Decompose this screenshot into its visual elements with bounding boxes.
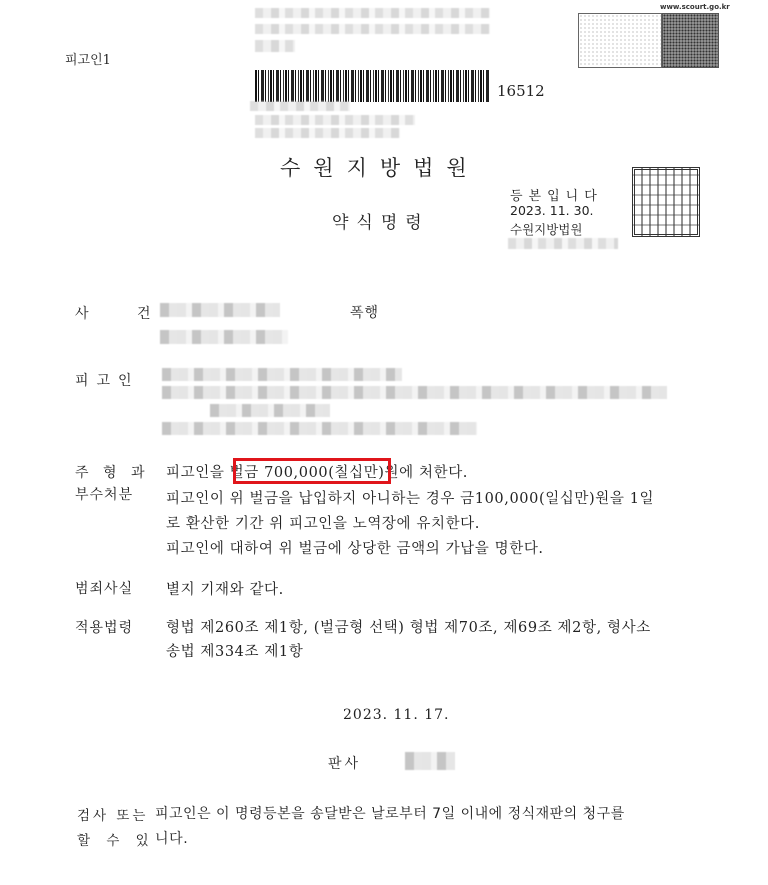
laws-line-2: 송법 제334조 제1항 xyxy=(166,640,303,661)
notice-line-1: 피고인은 이 명령등본을 송달받은 날로부터 7일 이내에 정식재판의 청구를 xyxy=(155,803,625,823)
certified-copy-label: 등본입니다 xyxy=(510,185,603,204)
sentence-label-line2: 부수처분 xyxy=(75,484,133,504)
redacted-recipient xyxy=(255,115,415,125)
redacted-address-line xyxy=(255,40,295,52)
barcode xyxy=(255,70,490,102)
court-seal xyxy=(632,167,700,237)
redacted-case-number xyxy=(160,330,288,344)
laws-line-1: 형법 제260조 제1항, (벌금형 선택) 형법 제70조, 제69조 제2항… xyxy=(166,616,651,637)
defendant-tag: 피고인1 xyxy=(65,49,111,68)
issue-date: 2023. 11. 17. xyxy=(343,707,450,723)
sentence-line-2: 피고인이 위 벌금을 납입하지 아니하는 경우 금100,000(일십만)원을 … xyxy=(166,487,654,508)
offense-name: 폭행 xyxy=(350,302,379,322)
sentence-label-line1: 주 형 과 xyxy=(75,462,149,482)
laws-label: 적용법령 xyxy=(75,617,133,637)
notice-label-line1: 검사 또는 xyxy=(77,804,148,824)
redacted-defendant-info xyxy=(162,422,477,435)
verification-url: www.scourt.go.kr xyxy=(660,3,730,11)
sentence-line-4: 피고인에 대하여 위 벌금에 상당한 금액의 가납을 명한다. xyxy=(166,537,544,558)
sentence-line-3: 로 환산한 기간 위 피고인을 노역장에 유치한다. xyxy=(166,512,480,533)
redacted-clerk-name xyxy=(508,238,618,249)
certified-copy-court: 수원지방법원 xyxy=(510,220,582,238)
verification-stamp xyxy=(578,13,662,68)
redacted-defendant-info xyxy=(162,368,402,381)
redacted-case-number xyxy=(160,303,280,317)
redacted-defendant-info xyxy=(210,404,330,417)
facts-text: 별지 기재와 같다. xyxy=(166,578,284,599)
sentence-suffix: 에 처한다. xyxy=(399,465,468,481)
court-name: 수원지방법원 xyxy=(280,152,480,182)
redacted-recipient xyxy=(250,101,350,111)
verification-code-pattern xyxy=(662,13,719,68)
redacted-recipient xyxy=(255,128,400,138)
redacted-defendant-info xyxy=(162,386,667,399)
facts-label: 범죄사실 xyxy=(75,578,133,598)
sentence-prefix: 피고인을 xyxy=(166,465,230,481)
postal-code: 16512 xyxy=(497,82,545,100)
case-label: 사 건 xyxy=(75,303,173,323)
notice-line-2: 니다. xyxy=(155,828,188,848)
redacted-address-line xyxy=(255,24,490,34)
fine-highlight-box xyxy=(233,458,391,484)
redacted-judge-name xyxy=(405,752,455,770)
redacted-address-line xyxy=(255,8,490,18)
document-title: 약식명령 xyxy=(332,208,430,233)
notice-label-line2: 할 수 있 xyxy=(77,829,155,849)
judge-label: 판사 xyxy=(328,753,361,773)
certified-copy-date: 2023. 11. 30. xyxy=(510,203,594,218)
defendant-label: 피고인 xyxy=(75,370,140,390)
